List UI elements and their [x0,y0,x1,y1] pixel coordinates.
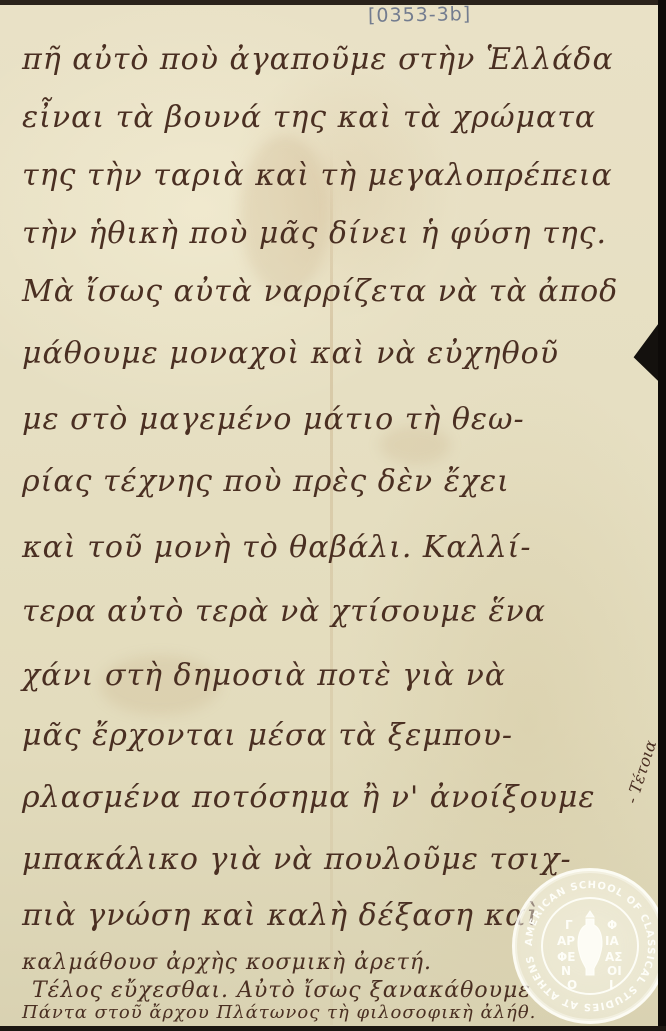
text-line: καὶ τοῦ μονὴ τὸ θαβάλι. Καλλί- [22,530,532,565]
text-line: εἶναι τὰ βουνά της καὶ τὰ χρώματα [22,100,596,135]
embossed-library-seal: AMERICAN SCHOOL OF CLASSICAL STUDIES AT … [512,868,666,1024]
text-line: Τέλος εὔχεσθαι. Αὐτὸ ἴσως ξανακάθουμε [32,978,531,1003]
seal-letter: ΑΣ [605,950,622,964]
scan-border-bottom [0,1026,666,1031]
text-line: τερα αὐτὸ τερὰ νὰ χτίσουμε ἕνα [22,594,546,629]
text-line: πιὰ γνώση καὶ καλὴ δέξαση καὶ [22,898,539,933]
seal-letter: Ν [561,964,571,978]
text-line: Πάντα στοῦ ἄρχου Πλάτωνος τὴ φιλοσοφικὴ … [22,1002,536,1023]
scan-border-top [0,0,666,5]
seal-letter: ΟΙ [607,964,622,978]
seal-emblem-icon: AMERICAN SCHOOL OF CLASSICAL STUDIES AT … [515,871,665,1021]
seal-letter: Ι [609,978,613,992]
text-line: χάνι στὴ δημοσιὰ ποτὲ γιὰ νὰ [22,658,506,693]
text-line: Μὰ ἴσως αὐτὰ ναρρίζετα νὰ τὰ ἀποδ [22,274,618,309]
text-line: μάθουμε μοναχοὶ καὶ νὰ εὐχηθοῦ [22,336,559,371]
text-line: μπακάλικο γιὰ νὰ πουλοῦμε τσιχ- [22,842,572,877]
seal-letter: ΙΑ [605,934,619,948]
text-line: της τὴν ταριὰ καὶ τὴ μεγαλοπρέπεια [22,158,613,193]
seal-letter: Γ [565,918,573,932]
text-line: ρίας τέχνης ποὺ πρὲς δὲν ἔχει [22,464,510,499]
seal-letter: Φ [607,918,617,932]
text-line: πῆ αὐτὸ ποὺ ἀγαποῦμε στὴν Ἑλλάδα [22,42,614,77]
text-line: καλμάθουσ ἀρχὴς κοσμικὴ ἀρετή. [22,950,432,975]
text-line: ρλασμένα ποτόσημα ἢ ν' ἀνοίξουμε [22,780,595,815]
seal-letter: ΦΕ [557,950,575,964]
archive-reference-stamp: [0353-3b] [368,3,472,27]
text-line: με στὸ μαγεμένο μάτιο τὴ θεω- [22,402,525,437]
scan-border-right [658,0,666,1031]
seal-letter: ΑΡ [557,934,575,948]
text-line: μᾶς ἔρχονται μέσα τὰ ξεμπου- [22,718,513,753]
scanned-letter-page: [0353-3b] πῆ αὐτὸ ποὺ ἀγαποῦμε στὴν Ἑλλά… [0,0,666,1031]
text-line: τὴν ἡθικὴ ποὺ μᾶς δίνει ἡ φύση της. [22,216,607,251]
seal-letter: Ο [567,978,577,992]
